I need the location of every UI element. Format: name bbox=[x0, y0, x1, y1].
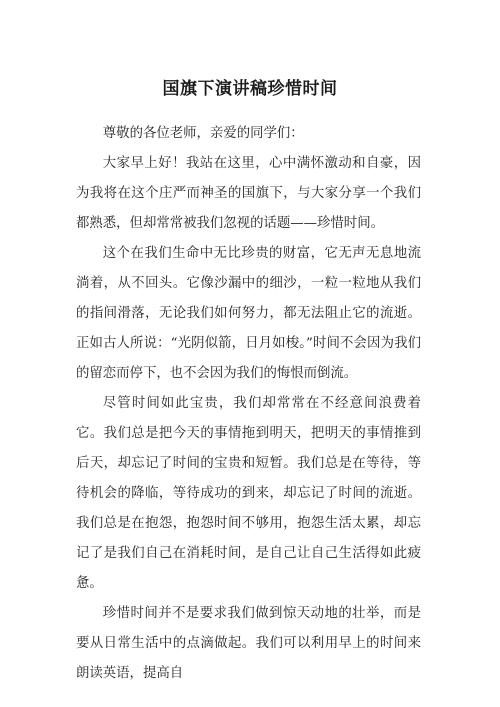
body-paragraph: 这个在我们生命中无比珍贵的财富，它无声无息地流淌着，从不回头。它像沙漏中的细沙，… bbox=[76, 239, 421, 389]
body-paragraph: 珍惜时间并不是要求我们做到惊天动地的壮举，而是要从日常生活中的点滴做起。我们可以… bbox=[76, 599, 421, 689]
body-paragraph: 大家早上好！我站在这里，心中满怀激动和自豪，因为我将在这个庄严而神圣的国旗下，与… bbox=[76, 149, 421, 239]
document-title: 国旗下演讲稿珍惜时间 bbox=[0, 74, 500, 99]
document-page: 国旗下演讲稿珍惜时间 尊敬的各位老师，亲爱的同学们： 大家早上好！我站在这里，心… bbox=[0, 0, 500, 707]
salutation-paragraph: 尊敬的各位老师，亲爱的同学们： bbox=[76, 119, 421, 149]
document-body: 尊敬的各位老师，亲爱的同学们： 大家早上好！我站在这里，心中满怀激动和自豪，因为… bbox=[76, 119, 421, 689]
body-paragraph: 尽管时间如此宝贵，我们却常常在不经意间浪费着它。我们总是把今天的事情拖到明天，把… bbox=[76, 389, 421, 599]
